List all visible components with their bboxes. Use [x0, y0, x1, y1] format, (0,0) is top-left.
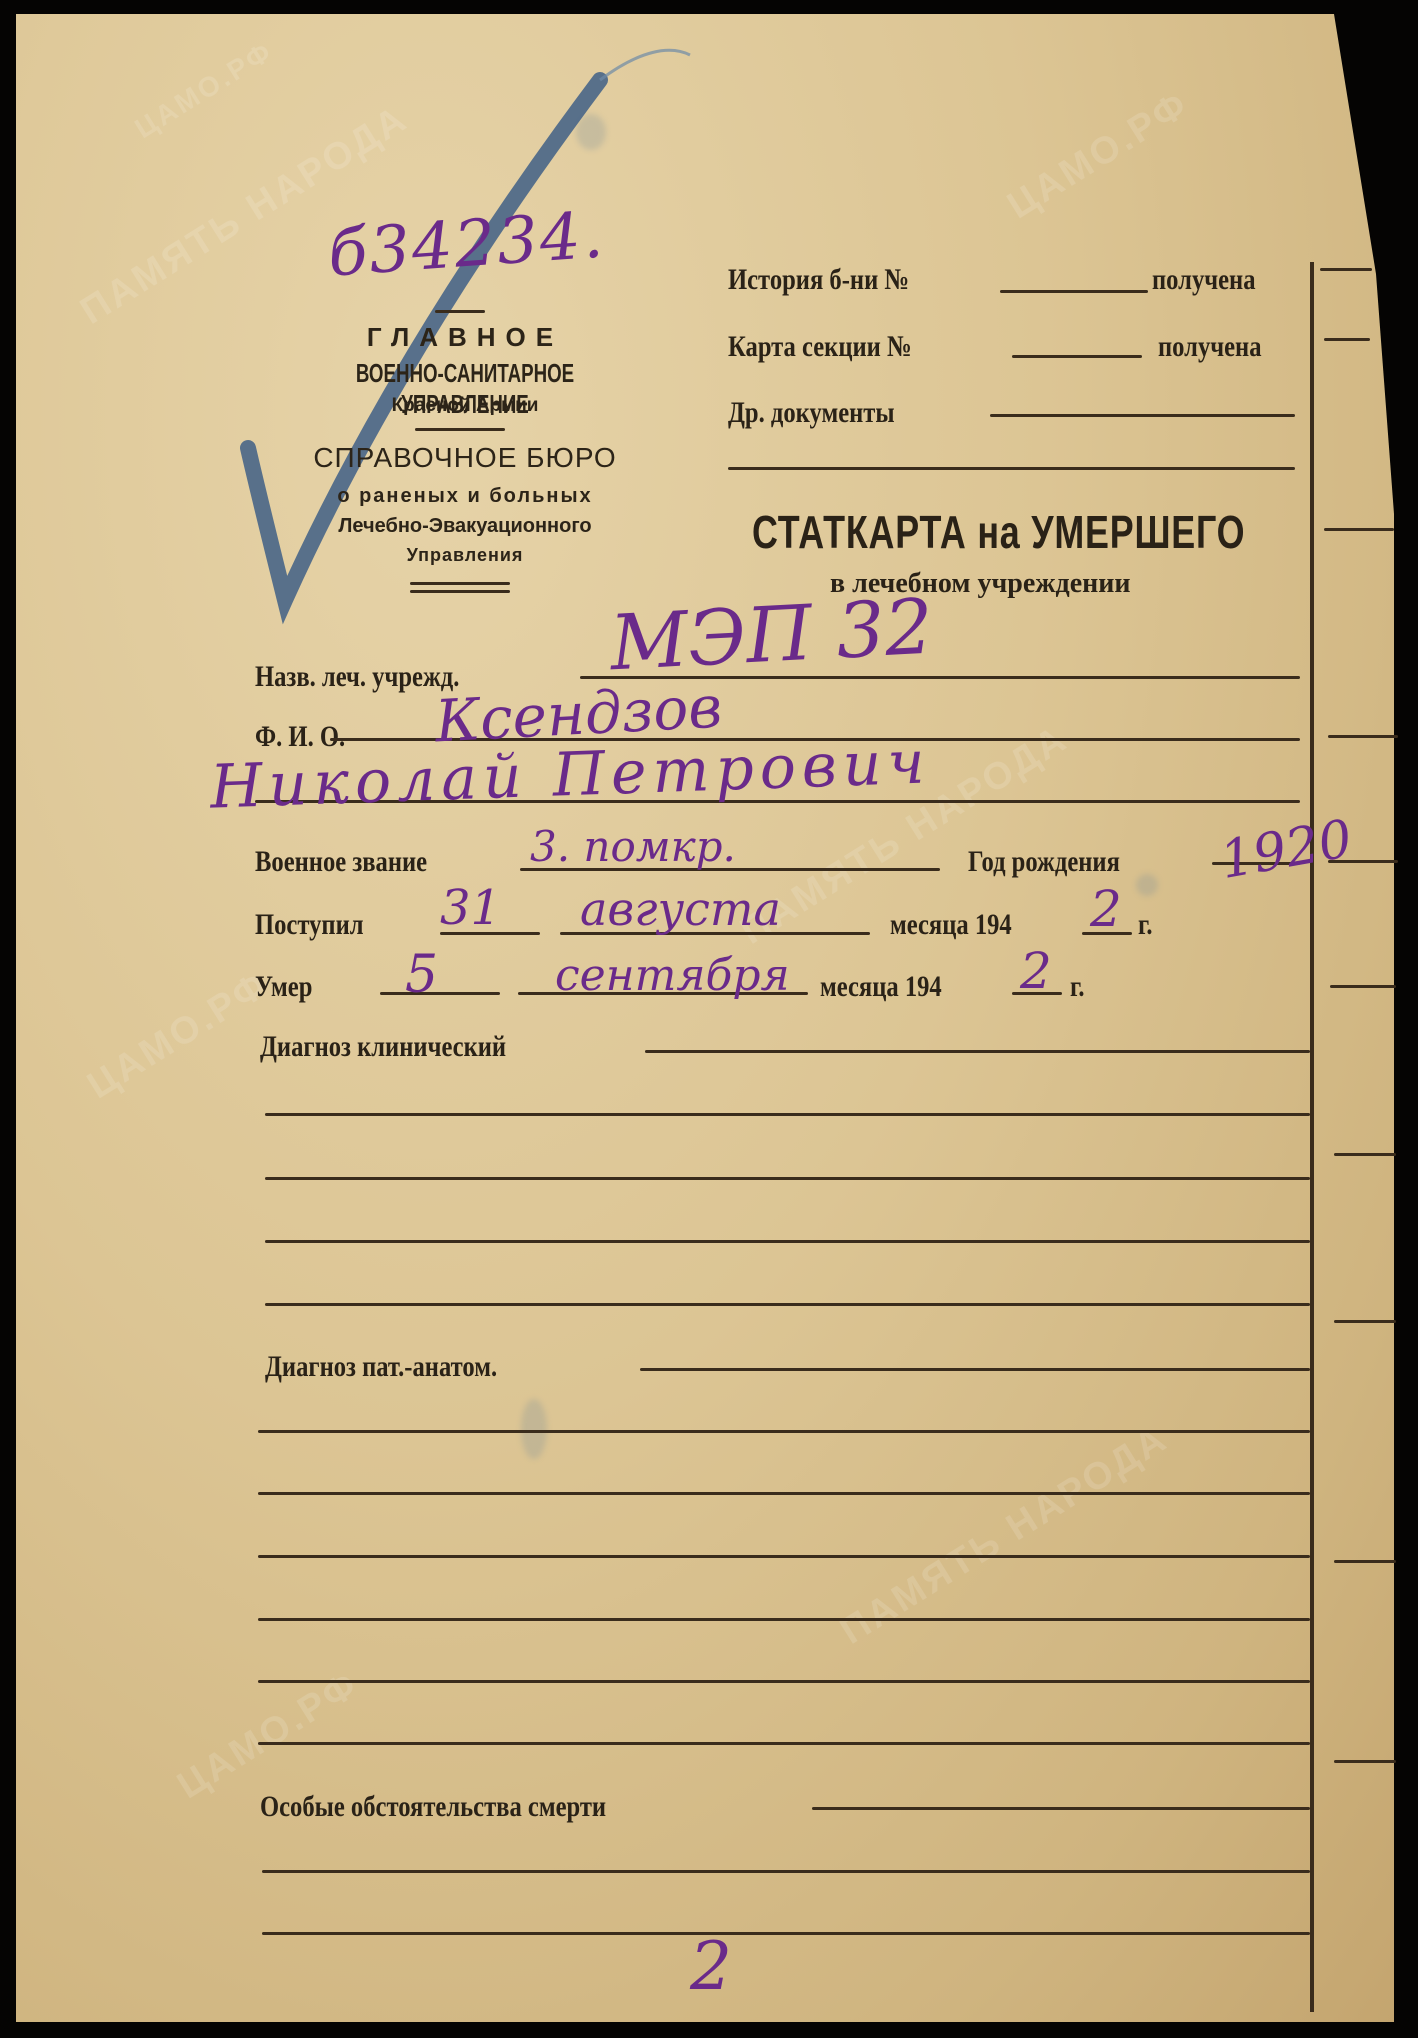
- margin-tick: [1334, 1320, 1396, 1323]
- bottom-mark: 2: [690, 1928, 732, 2005]
- clinical-diagnosis-field[interactable]: [645, 1050, 1310, 1053]
- header-line-4: СПРАВОЧНОЕ БЮРО: [240, 442, 690, 474]
- margin-tick: [1334, 1560, 1396, 1563]
- pathanat-diagnosis-line[interactable]: [258, 1430, 1310, 1433]
- history-status: получена: [1152, 263, 1256, 297]
- margin-tick: [1320, 268, 1372, 271]
- admitted-day-value: 31: [440, 880, 501, 936]
- circumstances-field[interactable]: [812, 1807, 1310, 1810]
- margin-tick: [1330, 985, 1396, 988]
- died-year-suffix: г.: [1070, 970, 1085, 1004]
- other-docs-field-2[interactable]: [728, 467, 1295, 470]
- died-year-digit: 2: [1020, 942, 1052, 1000]
- margin-tick: [1334, 1153, 1396, 1156]
- other-docs-field[interactable]: [990, 414, 1295, 417]
- circumstances-line[interactable]: [262, 1932, 1310, 1935]
- history-number-field[interactable]: [1000, 290, 1148, 293]
- died-label: Умер: [255, 970, 312, 1004]
- section-number-field[interactable]: [1012, 355, 1142, 358]
- clinical-diagnosis-label: Диагноз клинический: [260, 1030, 506, 1064]
- institution-value: МЭП 32: [608, 582, 935, 688]
- header-line-5: о раненых и больных: [240, 485, 690, 508]
- birth-year-label: Год рождения: [968, 845, 1120, 879]
- rank-value: 3. помкр.: [530, 822, 736, 871]
- other-docs-label: Др. документы: [728, 396, 895, 430]
- admitted-month-word: месяца 194: [890, 908, 1012, 942]
- pathanat-diagnosis-line[interactable]: [258, 1618, 1310, 1621]
- circumstances-line[interactable]: [262, 1870, 1310, 1873]
- divider: [435, 310, 485, 313]
- margin-rule: [1310, 262, 1314, 2012]
- pathanat-diagnosis-line[interactable]: [258, 1680, 1310, 1683]
- margin-tick: [1324, 528, 1394, 531]
- circumstances-label: Особые обстоятельства смерти: [260, 1790, 606, 1824]
- died-day-field[interactable]: [380, 992, 500, 995]
- header-line-3: Красной Армии: [240, 395, 690, 417]
- header-line-6: Лечебно-Эвакуационного: [240, 515, 690, 538]
- pathanat-diagnosis-label: Диагноз пат.-анатом.: [265, 1350, 497, 1384]
- margin-tick: [1334, 1760, 1396, 1763]
- form-title: СТАТКАРТА на УМЕРШЕГО: [752, 505, 1245, 559]
- header-line-7: Управления: [240, 545, 690, 566]
- admitted-label: Поступил: [255, 908, 364, 942]
- died-day-value: 5: [405, 945, 438, 1005]
- history-label: История б-ни №: [728, 263, 909, 297]
- divider: [410, 590, 510, 593]
- clinical-diagnosis-line[interactable]: [265, 1303, 1310, 1306]
- institution-label: Назв. леч. учрежд.: [255, 660, 459, 694]
- died-month-value: сентября: [555, 950, 790, 1001]
- died-month-word: месяца 194: [820, 970, 942, 1004]
- pathanat-diagnosis-field[interactable]: [640, 1368, 1310, 1371]
- rank-label: Военное звание: [255, 845, 427, 879]
- pathanat-diagnosis-line[interactable]: [258, 1555, 1310, 1558]
- admitted-month-value: августа: [580, 882, 781, 936]
- margin-tick: [1328, 735, 1398, 738]
- pathanat-diagnosis-line[interactable]: [258, 1492, 1310, 1495]
- divider: [415, 428, 505, 431]
- section-label: Карта секции №: [728, 330, 912, 364]
- divider: [410, 582, 510, 585]
- pathanat-diagnosis-line[interactable]: [258, 1742, 1310, 1745]
- section-status: получена: [1158, 330, 1262, 364]
- clinical-diagnosis-line[interactable]: [265, 1113, 1310, 1116]
- clinical-diagnosis-line[interactable]: [265, 1240, 1310, 1243]
- admitted-year-suffix: г.: [1138, 908, 1153, 942]
- check-mark-icon: [0, 0, 1418, 2038]
- clinical-diagnosis-line[interactable]: [265, 1177, 1310, 1180]
- admitted-year-digit: 2: [1090, 880, 1122, 938]
- header-line-1: ГЛАВНОЕ: [240, 322, 690, 353]
- margin-tick: [1324, 338, 1370, 341]
